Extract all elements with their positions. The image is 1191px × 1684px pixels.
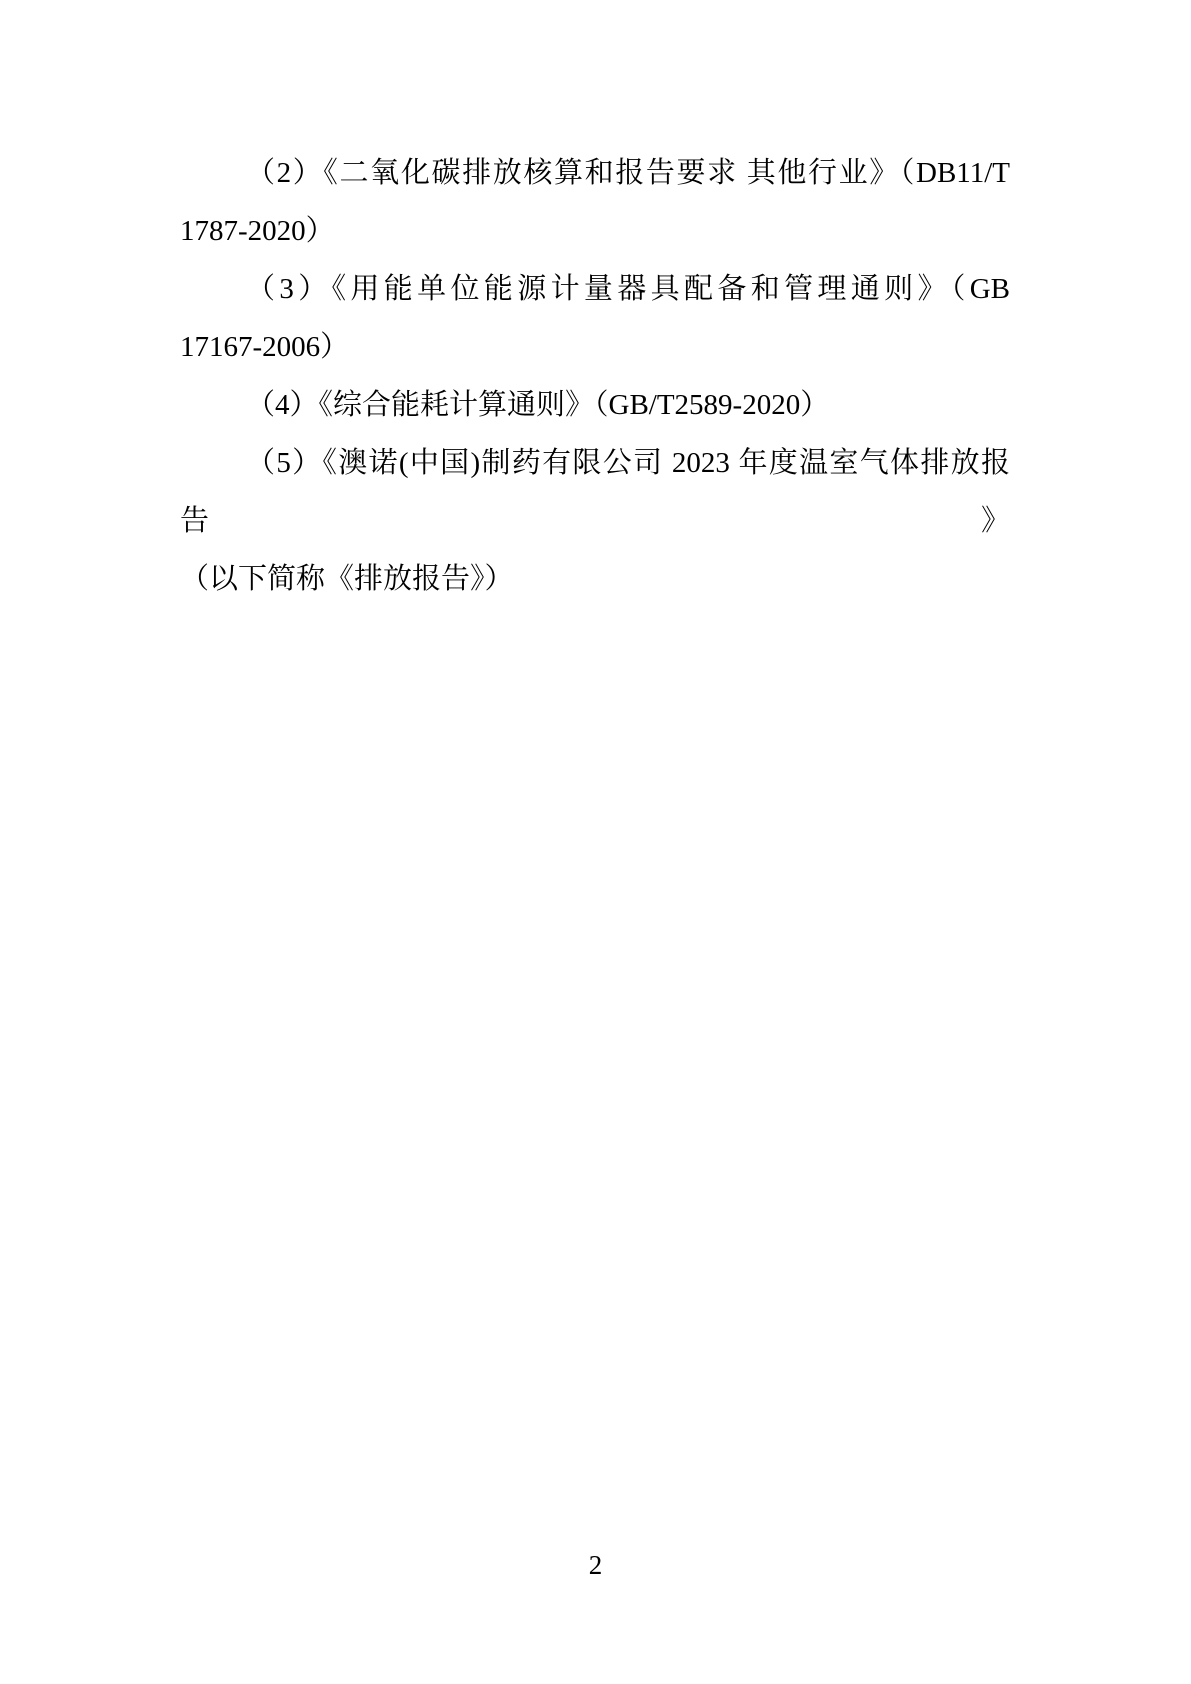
document-page: （2）《二氧化碳排放核算和报告要求 其他行业》（DB11/T 1787-2020…: [0, 0, 1191, 1684]
ref-item-3-line-2: 17167-2006）: [180, 318, 1010, 376]
document-body: （2）《二氧化碳排放核算和报告要求 其他行业》（DB11/T 1787-2020…: [180, 144, 1010, 608]
page-number: 2: [0, 1546, 1191, 1584]
ref-item-5-line-1: （5）《澳诺(中国)制药有限公司 2023 年度温室气体排放报告》: [180, 434, 1010, 550]
ref-item-3-line-1: （3）《用能单位能源计量器具配备和管理通则》（GB: [180, 260, 1010, 318]
ref-item-5-line-2: （以下简称《排放报告》）: [180, 550, 1010, 608]
ref-item-2-line-1: （2）《二氧化碳排放核算和报告要求 其他行业》（DB11/T: [180, 144, 1010, 202]
ref-item-2-line-2: 1787-2020）: [180, 202, 1010, 260]
ref-item-4-line-1: （4）《综合能耗计算通则》（GB/T2589-2020）: [180, 376, 1010, 434]
